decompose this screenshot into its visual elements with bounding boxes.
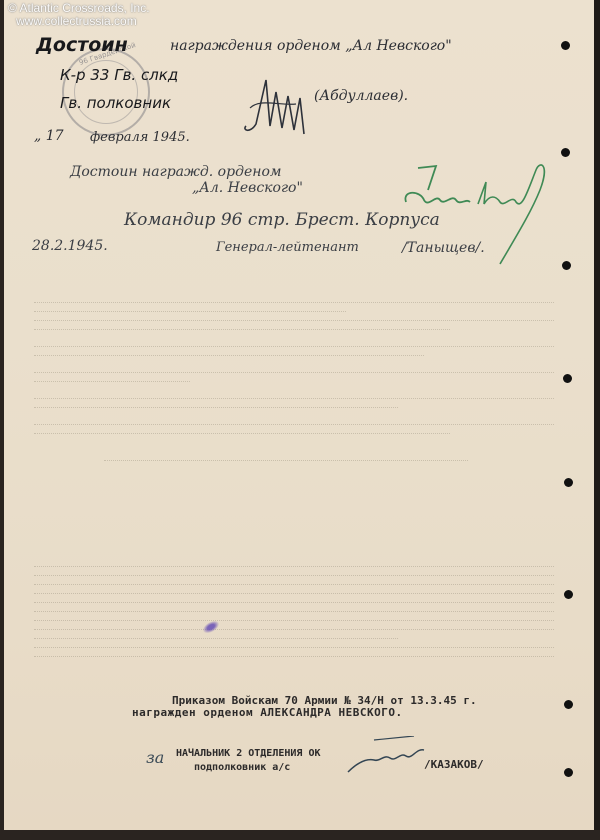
resolution-award-text: награждения орденом „Ал Невского" — [170, 38, 452, 54]
punch-hole — [564, 768, 573, 777]
commander-unit: К-р 33 Гв. слкд — [60, 66, 178, 84]
punch-hole — [563, 374, 572, 383]
bleed-through-text-lower — [34, 560, 554, 665]
resolution-date-day: „ 17 — [34, 128, 64, 144]
document-page: © Atlantic Crossroads, Inc. www.collectr… — [4, 0, 594, 830]
scan-border-right — [594, 0, 600, 840]
corps-resolution-text: Достоин награжд. орденом — [70, 164, 282, 180]
award-conferred-line: награжден орденом АЛЕКСАНДРА НЕВСКОГО. — [132, 706, 403, 719]
section-chief-rank: подполковник а/с — [194, 762, 290, 773]
commander-rank: Гв. полковник — [60, 94, 171, 112]
corps-commander-title: Командир 96 стр. Брест. Корпуса — [124, 210, 440, 230]
division-commander-name: (Абдуллаев). — [314, 88, 408, 104]
section-chief-name: /КАЗАКОВ/ — [424, 758, 484, 771]
punch-hole — [561, 41, 570, 50]
punch-hole — [564, 478, 573, 487]
round-seal-stamp — [62, 48, 150, 136]
scan-border-bottom — [0, 830, 600, 840]
watermark: © Atlantic Crossroads, Inc. www.collectr… — [8, 2, 150, 28]
division-commander-signature — [240, 68, 312, 140]
bleed-through-text — [34, 296, 554, 469]
punch-hole — [564, 700, 573, 709]
punch-hole — [562, 261, 571, 270]
resolution-date-month-year: февраля 1945. — [90, 130, 190, 145]
watermark-url: www.collectrussia.com — [8, 15, 150, 28]
section-chief-title: НАЧАЛЬНИК 2 ОТДЕЛЕНИЯ ОК — [176, 748, 321, 759]
on-behalf-prefix: за — [146, 748, 164, 767]
corps-commander-green-signature — [400, 160, 572, 270]
corps-resolution-date: 28.2.1945. — [32, 238, 108, 254]
resolution-worthy-word: Достоин — [36, 34, 128, 56]
punch-hole — [564, 590, 573, 599]
corps-resolution-order-name: „Ал. Невского" — [192, 180, 303, 196]
section-chief-signature — [344, 736, 434, 780]
punch-hole — [561, 148, 570, 157]
corps-commander-rank: Генерал-лейтенант — [216, 240, 359, 255]
